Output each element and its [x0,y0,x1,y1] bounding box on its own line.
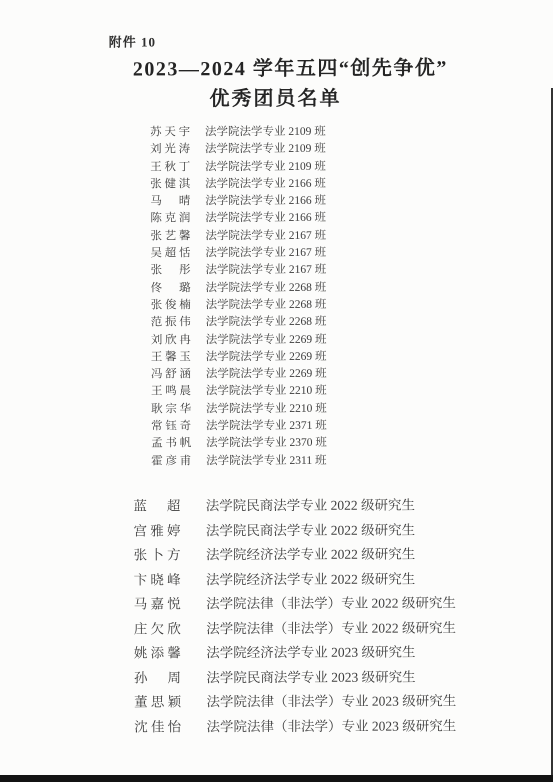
document-content: 附件 10 2023—2024 学年五四“创先争优” 优秀团员名单 苏天宇 法学… [0,0,553,782]
member-name: 马嘉悦 [134,592,181,617]
member-name: 苏天宇 [150,124,190,141]
member-name: 蓝超 [133,494,180,519]
member-name: 孙周 [134,666,181,691]
member-name: 卞晓峰 [134,568,181,593]
document-title-line1: 2023—2024 学年五四“创先争优” [29,51,552,82]
member-row: 宫雅婷 法学院民商法学专业 2022 级研究生 [133,518,455,544]
member-program-detail: 法学院经济法学专业 2023 级研究生 [206,641,415,666]
document-title-line2: 优秀团员名单 [0,81,552,112]
attachment-label: 附件 10 [109,31,156,50]
member-name: 王秋丁 [150,159,190,176]
member-class-detail: 法学院法学专业 2371 班 [206,418,327,436]
member-row: 马嘉悦 法学院法律（非法学）专业 2022 级研究生 [134,591,456,617]
member-program-detail: 法学院民商法学专业 2022 级研究生 [206,494,415,519]
member-name: 张健淇 [150,176,190,193]
member-program-detail: 法学院法律（非法学）专业 2022 级研究生 [206,591,456,616]
member-program-detail: 法学院民商法学专业 2023 级研究生 [206,665,415,690]
member-row: 张健淇 法学院法学专业 2166 班 [150,176,326,194]
member-row: 陈克润 法学院法学专业 2166 班 [150,210,326,228]
member-row: 常钰奇 法学院法学专业 2371 班 [151,418,327,436]
member-name: 张彤 [151,263,191,280]
member-row: 庄欠欣 法学院法律（非法学）专业 2022 级研究生 [134,616,456,642]
member-row: 范振伟 法学院法学专业 2268 班 [151,314,327,332]
member-row: 张俊楠 法学院法学专业 2268 班 [151,297,327,315]
member-row: 蓝超 法学院民商法学专业 2022 级研究生 [133,493,455,519]
member-class-detail: 法学院法学专业 2311 班 [206,452,326,470]
member-class-detail: 法学院法学专业 2166 班 [205,176,326,194]
member-name: 范振伟 [151,315,191,332]
member-name: 张俊楠 [151,297,191,314]
member-row: 王鸣晨 法学院法学专业 2210 班 [151,383,327,401]
member-name: 沈佳怡 [134,715,181,740]
member-row: 董思颖 法学院法律（非法学）专业 2023 级研究生 [134,689,456,715]
member-class-detail: 法学院法学专业 2166 班 [205,193,326,211]
member-name: 孟书帆 [151,436,191,453]
member-name: 姚添馨 [134,641,181,666]
member-name: 宫雅婷 [133,519,180,544]
member-program-detail: 法学院经济法学专业 2022 级研究生 [206,567,415,592]
member-name: 霍彦甫 [151,453,191,470]
member-name: 佟璐 [151,280,191,297]
undergraduate-member-list: 苏天宇 法学院法学专业 2109 班 刘光涛 法学院法学专业 2109 班 王秋… [150,124,327,471]
member-row: 王馨玉 法学院法学专业 2269 班 [151,349,327,367]
member-row: 姚添馨 法学院经济法学专业 2023 级研究生 [134,640,456,666]
member-row: 耿宗华 法学院法学专业 2210 班 [151,401,327,419]
scan-edge-bottom [0,775,553,782]
member-name: 王馨玉 [151,349,191,366]
member-name: 陈克润 [150,211,190,228]
member-name: 常钰奇 [151,418,191,435]
member-name: 张卜方 [134,543,181,568]
graduate-member-list: 蓝超 法学院民商法学专业 2022 级研究生 宫雅婷 法学院民商法学专业 202… [133,493,456,739]
member-class-detail: 法学院法学专业 2109 班 [205,141,326,159]
member-class-detail: 法学院法学专业 2167 班 [205,228,326,246]
member-name: 王鸣晨 [151,384,191,401]
member-name: 庄欠欣 [134,617,181,642]
scanned-document-page: 附件 10 2023—2024 学年五四“创先争优” 优秀团员名单 苏天宇 法学… [0,0,553,782]
member-class-detail: 法学院法学专业 2109 班 [205,158,326,176]
member-row: 霍彦甫 法学院法学专业 2311 班 [151,452,327,470]
member-name: 董思颖 [134,690,181,715]
member-class-detail: 法学院法学专业 2269 班 [206,331,327,349]
member-name: 刘光涛 [150,142,190,159]
member-row: 王秋丁 法学院法学专业 2109 班 [150,158,326,176]
member-row: 马晴 法学院法学专业 2166 班 [150,193,326,211]
member-row: 冯舒涵 法学院法学专业 2269 班 [151,366,327,384]
member-row: 孙周 法学院民商法学专业 2023 级研究生 [134,665,456,691]
member-class-detail: 法学院法学专业 2167 班 [205,245,326,263]
member-class-detail: 法学院法学专业 2166 班 [205,210,326,228]
member-name: 刘欣冉 [151,332,191,349]
member-name: 马晴 [150,193,190,210]
member-row: 沈佳怡 法学院法律（非法学）专业 2023 级研究生 [134,714,456,740]
member-row: 刘欣冉 法学院法学专业 2269 班 [151,331,327,349]
member-class-detail: 法学院法学专业 2167 班 [205,262,326,280]
member-row: 苏天宇 法学院法学专业 2109 班 [150,124,326,142]
member-program-detail: 法学院法律（非法学）专业 2022 级研究生 [206,616,456,641]
member-class-detail: 法学院法学专业 2109 班 [205,124,326,142]
member-row: 佟璐 法学院法学专业 2268 班 [151,279,327,297]
member-row: 卞晓峰 法学院经济法学专业 2022 级研究生 [134,567,456,593]
member-class-detail: 法学院法学专业 2210 班 [206,383,327,401]
member-class-detail: 法学院法学专业 2269 班 [206,366,327,384]
member-program-detail: 法学院民商法学专业 2022 级研究生 [206,518,415,543]
member-program-detail: 法学院经济法学专业 2022 级研究生 [206,543,415,568]
member-row: 张艺馨 法学院法学专业 2167 班 [150,228,326,246]
member-class-detail: 法学院法学专业 2269 班 [206,349,327,367]
member-row: 张卜方 法学院经济法学专业 2022 级研究生 [134,542,456,568]
member-row: 吴超恬 法学院法学专业 2167 班 [150,245,326,263]
member-name: 吴超恬 [150,245,190,262]
member-program-detail: 法学院法律（非法学）专业 2023 级研究生 [207,714,457,739]
member-class-detail: 法学院法学专业 2268 班 [206,297,327,315]
member-name: 冯舒涵 [151,366,191,383]
member-class-detail: 法学院法学专业 2210 班 [206,401,327,419]
member-row: 孟书帆 法学院法学专业 2370 班 [151,435,327,453]
member-row: 刘光涛 法学院法学专业 2109 班 [150,141,326,159]
member-row: 张彤 法学院法学专业 2167 班 [151,262,327,280]
member-program-detail: 法学院法律（非法学）专业 2023 级研究生 [206,689,456,714]
member-class-detail: 法学院法学专业 2268 班 [205,279,326,297]
member-class-detail: 法学院法学专业 2268 班 [206,314,327,332]
member-name: 耿宗华 [151,401,191,418]
member-class-detail: 法学院法学专业 2370 班 [206,435,327,453]
member-name: 张艺馨 [150,228,190,245]
